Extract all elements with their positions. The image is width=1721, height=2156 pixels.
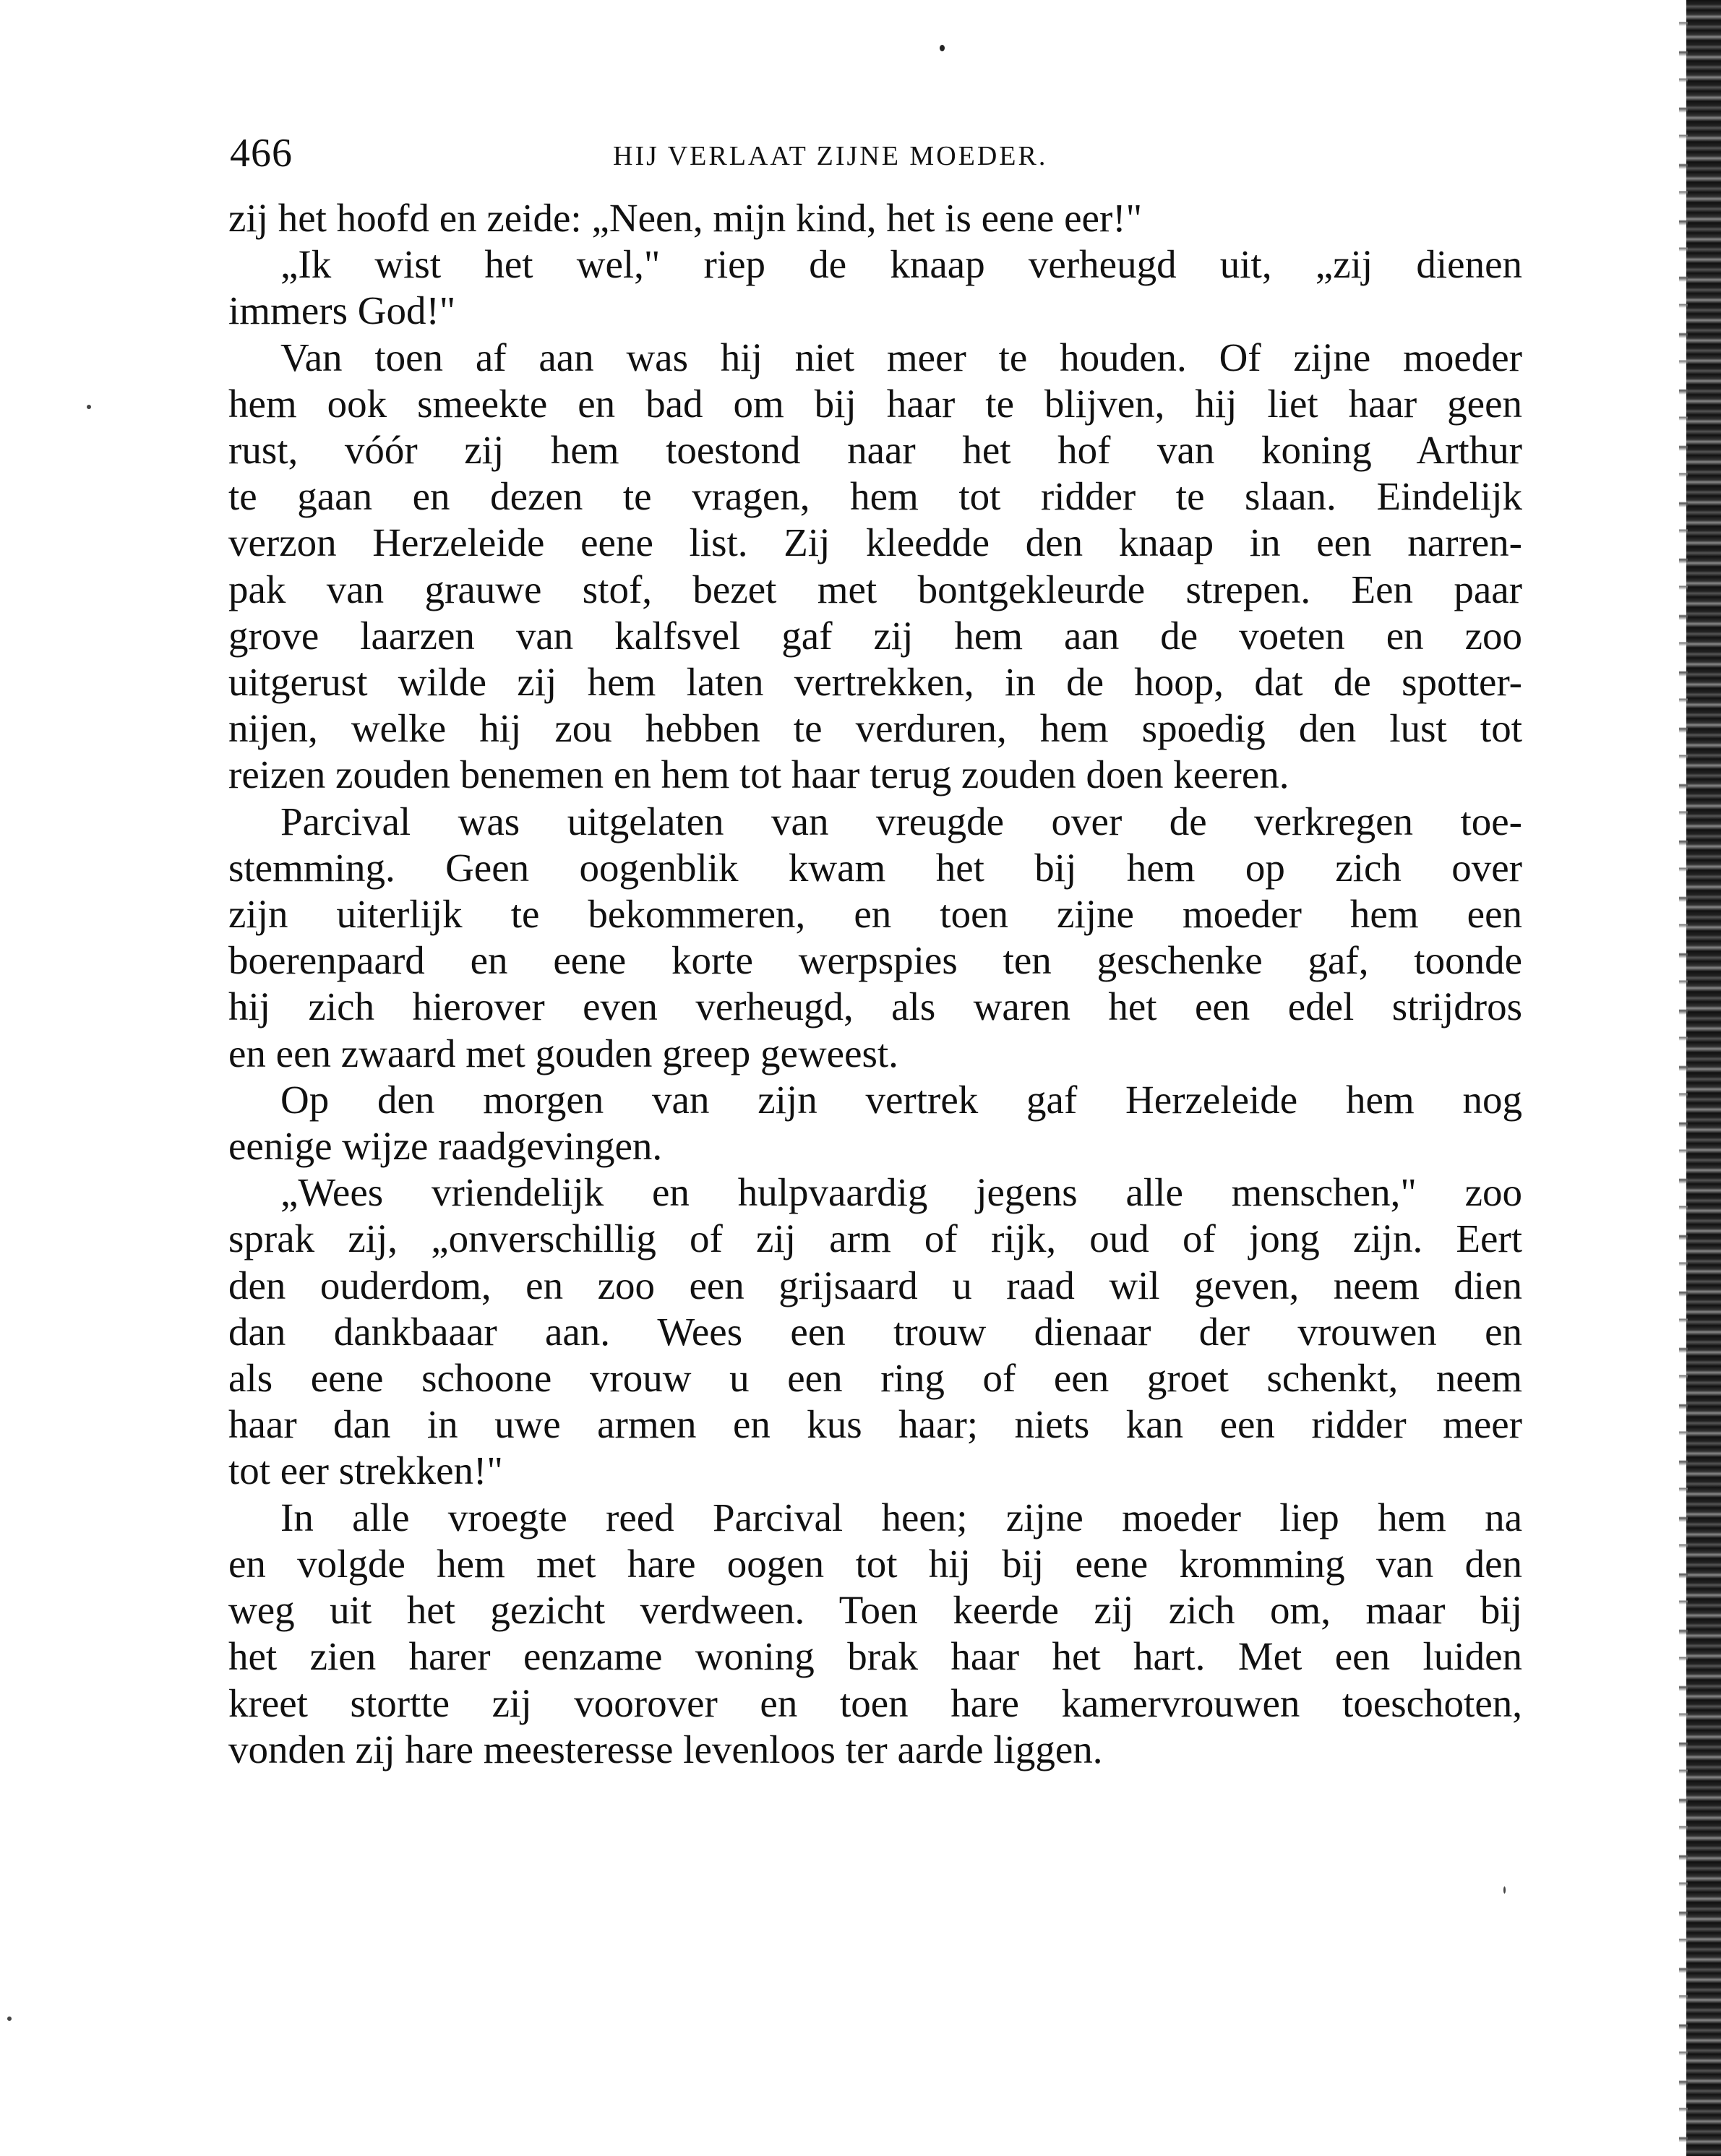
book-page: 466 HIJ VERLAAT ZIJNE MOEDER. zij het ho… bbox=[0, 0, 1721, 2156]
scanned-page-edge bbox=[1686, 0, 1721, 2156]
text-line: stemming. Geen oogenblik kwam het bij he… bbox=[228, 845, 1522, 891]
text-line: te gaan en dezen te vragen, hem tot ridd… bbox=[228, 473, 1522, 520]
text-line: eenige wijze raadgevingen. bbox=[228, 1123, 1522, 1169]
text-line: en een zwaard met gouden greep geweest. bbox=[228, 1031, 1522, 1077]
text-line: verzon Herzeleide eene list. Zij kleedde… bbox=[228, 520, 1522, 566]
paragraph: „Ik wist het wel," riep de knaap verheug… bbox=[228, 241, 1522, 334]
text-line: boerenpaard en eene korte werpspies ten … bbox=[228, 937, 1522, 984]
text-line: weg uit het gezicht verdween. Toen keerd… bbox=[228, 1587, 1522, 1633]
text-line: pak van grauwe stof, bezet met bontgekle… bbox=[228, 567, 1522, 613]
text-line: rust, vóór zij hem toestond naar het hof… bbox=[228, 427, 1522, 473]
text-line: Parcival was uitgelaten van vreugde over… bbox=[228, 799, 1522, 845]
scan-speck bbox=[87, 405, 91, 409]
page-number: 466 bbox=[230, 130, 293, 176]
body-text: zij het hoofd en zeide: „Neen, mijn kind… bbox=[228, 195, 1522, 1773]
scan-speck bbox=[7, 2017, 12, 2021]
paragraph: Op den morgen van zijn vertrek gaf Herze… bbox=[228, 1077, 1522, 1169]
text-line: hij zich hierover even verheugd, als war… bbox=[228, 984, 1522, 1030]
text-line: zij het hoofd en zeide: „Neen, mijn kind… bbox=[228, 195, 1522, 241]
scan-speck bbox=[1503, 1886, 1506, 1894]
paragraph: zij het hoofd en zeide: „Neen, mijn kind… bbox=[228, 195, 1522, 241]
text-line: den ouderdom, en zoo een grijsaard u raa… bbox=[228, 1263, 1522, 1309]
text-line: uitgerust wilde zij hem laten vertrekken… bbox=[228, 659, 1522, 705]
text-line: als eene schoone vrouw u een ring of een… bbox=[228, 1355, 1522, 1401]
text-line: In alle vroegte reed Parcival heen; zijn… bbox=[228, 1495, 1522, 1541]
text-line: zijn uiterlijk te bekommeren, en toen zi… bbox=[228, 891, 1522, 937]
paragraph: In alle vroegte reed Parcival heen; zijn… bbox=[228, 1495, 1522, 1773]
text-line: reizen zouden benemen en hem tot haar te… bbox=[228, 752, 1522, 798]
text-line: vonden zij hare meesteresse levenloos te… bbox=[228, 1727, 1522, 1773]
paragraph: „Wees vriendelijk en hulpvaardig jegens … bbox=[228, 1169, 1522, 1494]
text-line: het zien harer eenzame woning brak haar … bbox=[228, 1633, 1522, 1680]
text-line: tot eer strekken!" bbox=[228, 1448, 1522, 1494]
scan-speck bbox=[940, 45, 945, 51]
text-line: grove laarzen van kalfsvel gaf zij hem a… bbox=[228, 613, 1522, 659]
paragraph: Parcival was uitgelaten van vreugde over… bbox=[228, 799, 1522, 1077]
paragraph: Van toen af aan was hij niet meer te hou… bbox=[228, 335, 1522, 799]
text-line: dan dankbaaar aan. Wees een trouw dienaa… bbox=[228, 1309, 1522, 1355]
text-line: nijen, welke hij zou hebben te verduren,… bbox=[228, 705, 1522, 752]
text-line: hem ook smeekte en bad om bij haar te bl… bbox=[228, 381, 1522, 427]
running-title: HIJ VERLAAT ZIJNE MOEDER. bbox=[613, 140, 1047, 172]
text-line: immers God!" bbox=[228, 288, 1522, 334]
text-line: „Wees vriendelijk en hulpvaardig jegens … bbox=[228, 1169, 1522, 1216]
text-line: Op den morgen van zijn vertrek gaf Herze… bbox=[228, 1077, 1522, 1123]
text-line: en volgde hem met hare oogen tot hij bij… bbox=[228, 1541, 1522, 1587]
text-line: kreet stortte zij voorover en toen hare … bbox=[228, 1680, 1522, 1727]
text-line: Van toen af aan was hij niet meer te hou… bbox=[228, 335, 1522, 381]
text-line: haar dan in uwe armen en kus haar; niets… bbox=[228, 1401, 1522, 1448]
text-line: sprak zij, „onverschillig of zij arm of … bbox=[228, 1216, 1522, 1262]
page-header: 466 HIJ VERLAAT ZIJNE MOEDER. bbox=[230, 130, 1531, 188]
text-line: „Ik wist het wel," riep de knaap verheug… bbox=[228, 241, 1522, 288]
